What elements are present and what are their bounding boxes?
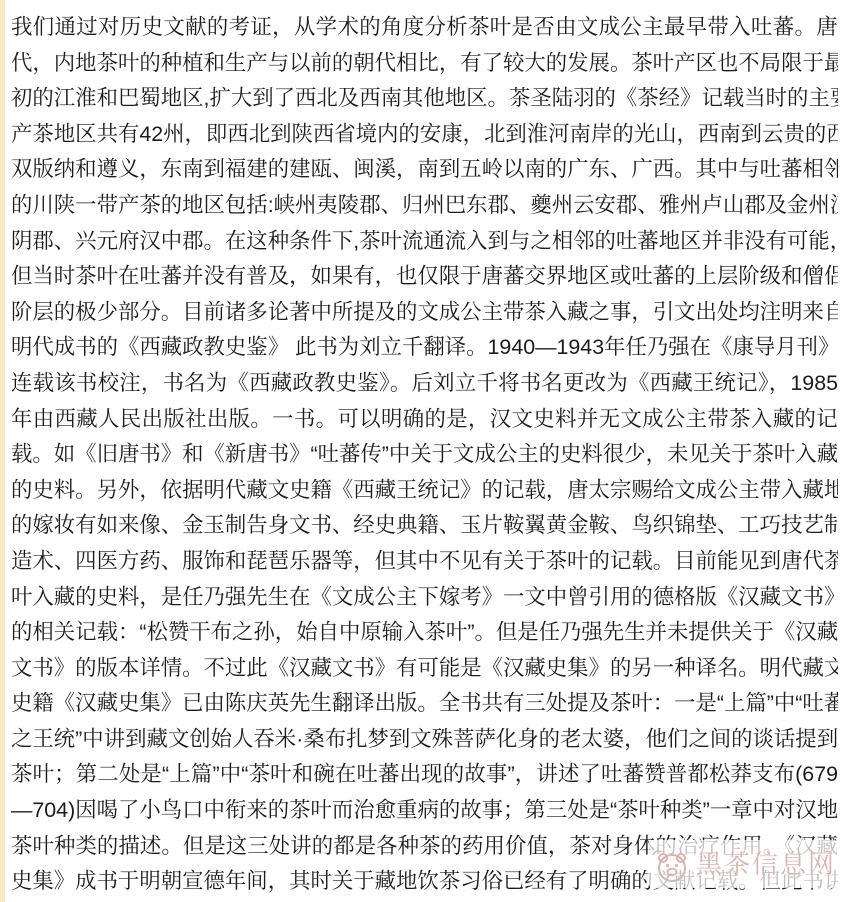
text-line: 我们通过对历史文献的考证，从学术的角度分析茶叶是否由文成公主最早带入吐蕃。唐	[11, 10, 838, 46]
text-line: 双版纳和遵义，东南到福建的建瓯、闽溪，南到五岭以南的广东、广西。其中与吐蕃相邻	[11, 152, 838, 188]
text-line: 文书》的版本详情。不过此《汉藏文书》有可能是《汉藏史集》的另一种译名。明代藏文	[11, 651, 838, 687]
text-line: 载。如《旧唐书》和《新唐书》“吐蕃传”中关于文成公主的史料很少，未见关于茶叶入藏	[11, 437, 838, 473]
panda-tea-logo-icon	[648, 842, 692, 886]
text-line: 的川陕一带产茶的地区包括:峡州夷陵郡、归州巴东郡、夔州云安郡、雅州卢山郡及金州汉	[11, 188, 838, 224]
text-line: 的史料。另外，依据明代藏文史籍《西藏王统记》的记载，唐太宗赐给文成公主带入藏地	[11, 473, 838, 509]
text-line: 茶叶；第二处是“上篇”中“茶叶和碗在吐蕃出现的故事”，讲述了吐蕃赞普都松莽支布(…	[11, 757, 838, 793]
text-line: —704)因喝了小鸟口中衔来的茶叶而治愈重病的故事；第三处是“茶叶种类”一章中对…	[11, 793, 838, 829]
text-line: 的嫁妆有如来像、金玉制告身文书、经史典籍、玉片鞍翼黄金鞍、鸟织锦垫、工巧技艺制	[11, 508, 838, 544]
text-line: 叶入藏的史料，是任乃强先生在《文成公主下嫁考》一文中曾引用的德格版《汉藏文书》	[11, 580, 838, 616]
text-line: 阴郡、兴元府汉中郡。在这种条件下,茶叶流通流入到与之相邻的吐蕃地区并非没有可能，	[11, 224, 838, 260]
text-line: 代，内地茶叶的种植和生产与以前的朝代相比，有了较大的发展。茶叶产区也不局限于最	[11, 46, 838, 82]
watermark-text: 黑茶信息网	[696, 851, 836, 877]
text-line: 的相关记载：“松赞干布之孙，始自中原输入茶叶”。但是任乃强先生并未提供关于《汉藏	[11, 615, 838, 651]
document-text: 我们通过对历史文献的考证，从学术的角度分析茶叶是否由文成公主最早带入吐蕃。唐代，…	[11, 10, 838, 900]
text-line: 史籍《汉藏史集》已由陈庆英先生翻译出版。全书共有三处提及茶叶：一是“上篇”中“吐…	[11, 686, 838, 722]
page-edge-strip	[0, 0, 5, 902]
text-line: 产茶地区共有42州，即西北到陕西省境内的安康，北到淮河南岸的光山，西南到云贵的西	[11, 117, 838, 153]
text-line: 明代成书的《西藏政教史鉴》 此书为刘立千翻译。1940—1943年任乃强在《康导…	[11, 330, 838, 366]
text-line: 连载该书校注，书名为《西藏政教史鉴》。后刘立千将书名更改为《西藏王统记》，198…	[11, 366, 838, 402]
text-line: 初的江淮和巴蜀地区,扩大到了西北及西南其他地区。茶圣陆羽的《茶经》记载当时的主要	[11, 81, 838, 117]
text-line: 但当时茶叶在吐蕃并没有普及，如果有，也仅限于唐蕃交界地区或吐蕃的上层阶级和僧侣	[11, 259, 838, 295]
text-line: 年由西藏人民出版社出版。一书。可以明确的是，汉文史料并无文成公主带茶入藏的记	[11, 402, 838, 438]
text-line: 阶层的极少部分。目前诸多论著中所提及的文成公主带茶入藏之事，引文出处均注明来自	[11, 295, 838, 331]
watermark: 黑茶信息网	[648, 840, 842, 888]
text-line: 之王统”中讲到藏文创始人吞米·桑布扎梦到文殊菩萨化身的老太婆，他们之间的谈话提到	[11, 722, 838, 758]
text-line: 造术、四医方药、服饰和琵琶乐器等，但其中不见有关于茶叶的记载。目前能见到唐代茶	[11, 544, 838, 580]
